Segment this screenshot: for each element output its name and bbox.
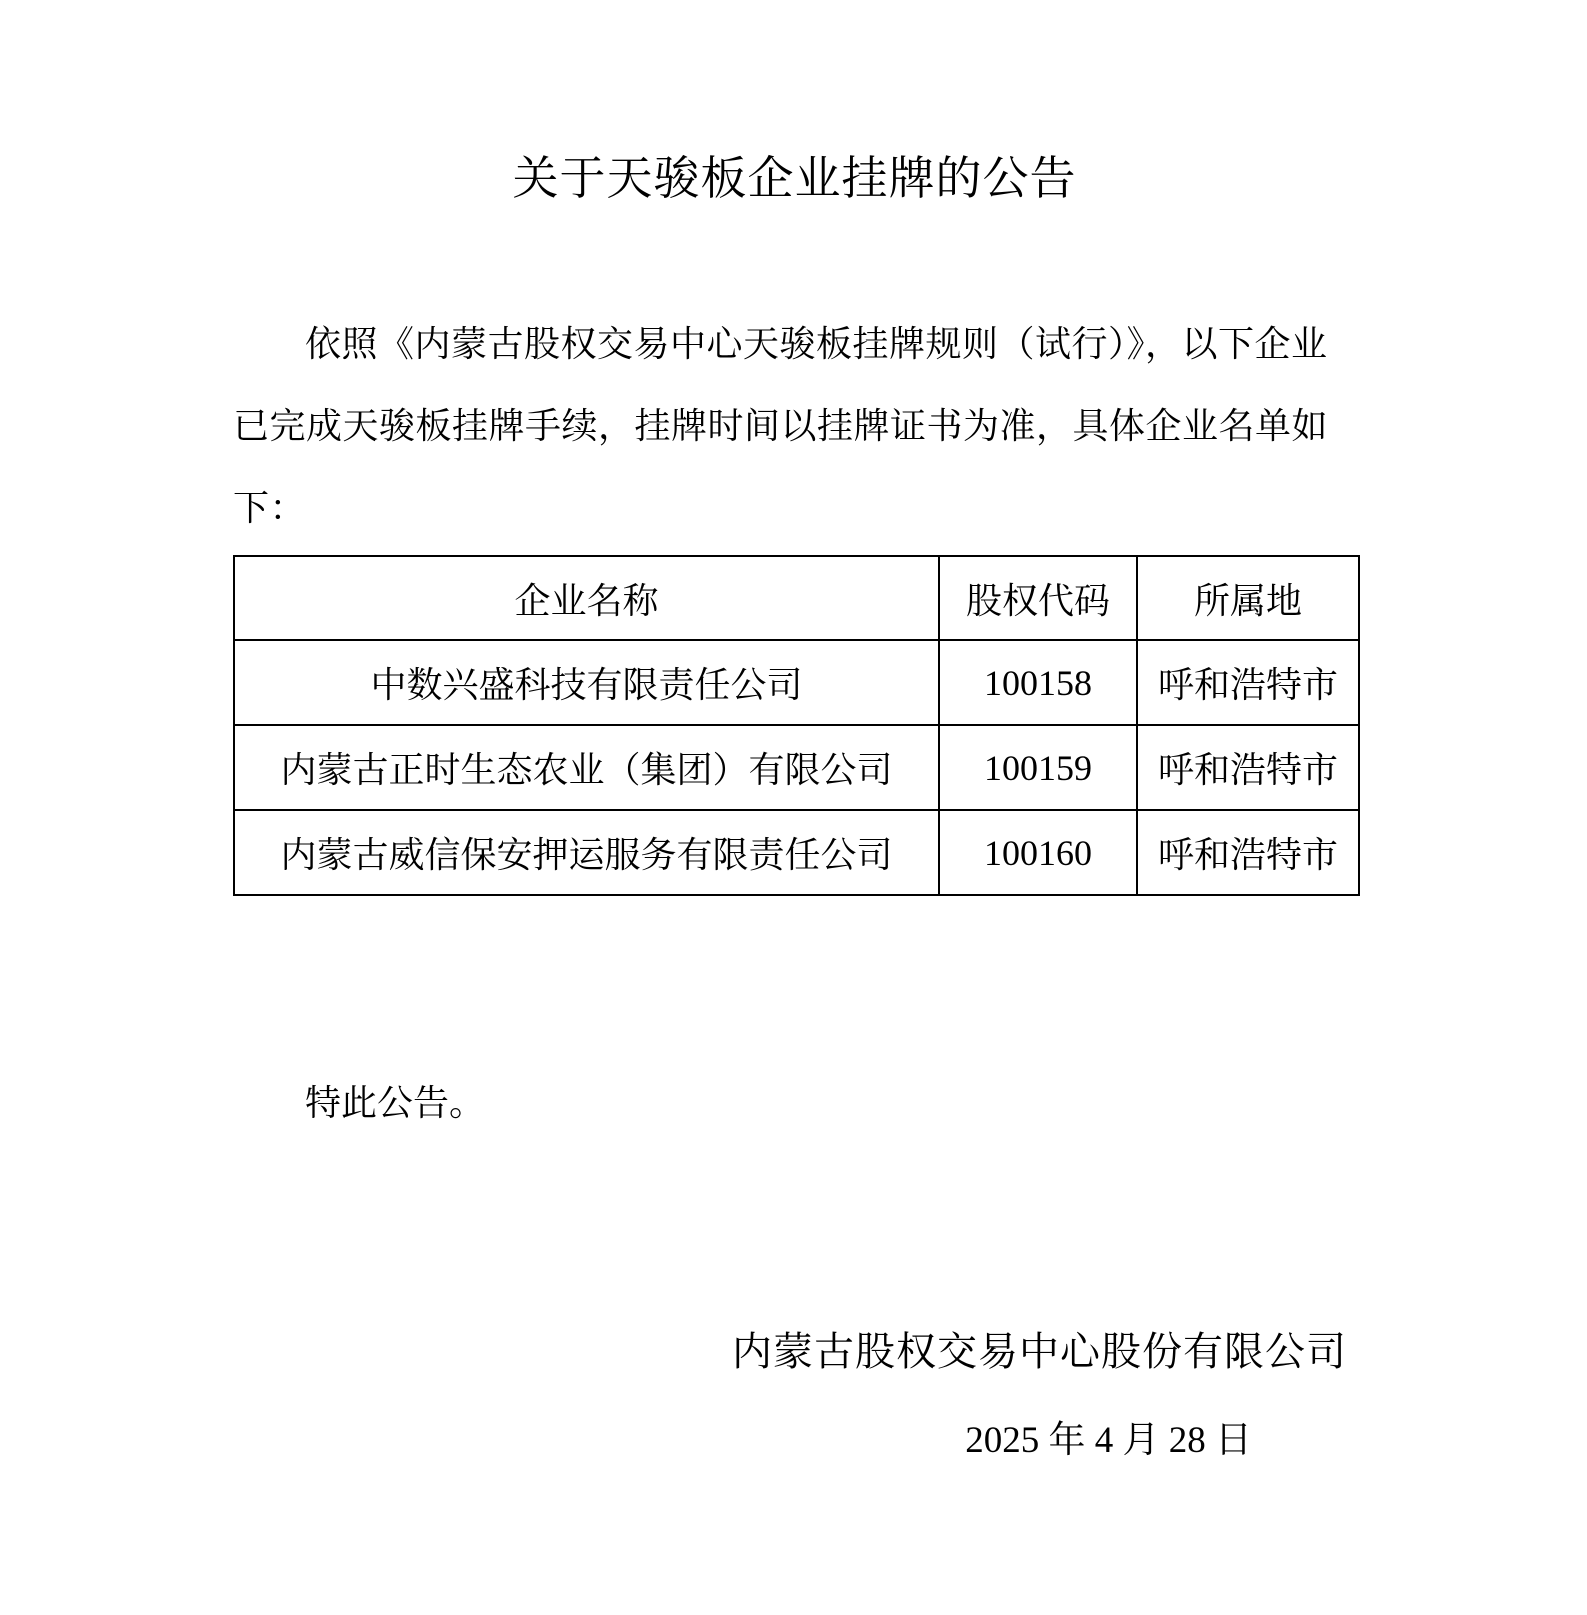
cell-equity-code: 100158 — [939, 640, 1137, 725]
table-row: 内蒙古威信保安押运服务有限责任公司 100160 呼和浩特市 — [234, 810, 1359, 895]
body-paragraph: 依照《内蒙古股权交易中心天骏板挂牌规则（试行）》，以下企业 已完成天骏板挂牌手续… — [233, 303, 1373, 549]
document-page: 关于天骏板企业挂牌的公告 依照《内蒙古股权交易中心天骏板挂牌规则（试行）》，以下… — [0, 0, 1587, 1615]
closing-statement: 特此公告。 — [233, 1080, 485, 1126]
table-header-row: 企业名称 股权代码 所属地 — [234, 556, 1359, 640]
paragraph-line-3: 下： — [233, 467, 1373, 549]
cell-equity-code: 100160 — [939, 810, 1137, 895]
document-title: 关于天骏板企业挂牌的公告 — [233, 150, 1356, 208]
header-company-name: 企业名称 — [234, 556, 939, 640]
cell-location: 呼和浩特市 — [1137, 640, 1359, 725]
header-equity-code: 股权代码 — [939, 556, 1137, 640]
table-row: 中数兴盛科技有限责任公司 100158 呼和浩特市 — [234, 640, 1359, 725]
header-location: 所属地 — [1137, 556, 1359, 640]
cell-company-name: 内蒙古威信保安押运服务有限责任公司 — [234, 810, 939, 895]
cell-equity-code: 100159 — [939, 725, 1137, 810]
cell-company-name: 内蒙古正时生态农业（集团）有限公司 — [234, 725, 939, 810]
company-listing-table: 企业名称 股权代码 所属地 中数兴盛科技有限责任公司 100158 呼和浩特市 … — [233, 555, 1360, 896]
cell-company-name: 中数兴盛科技有限责任公司 — [234, 640, 939, 725]
paragraph-line-1: 依照《内蒙古股权交易中心天骏板挂牌规则（试行）》，以下企业 — [233, 303, 1373, 385]
table-row: 内蒙古正时生态农业（集团）有限公司 100159 呼和浩特市 — [234, 725, 1359, 810]
paragraph-line-2: 已完成天骏板挂牌手续，挂牌时间以挂牌证书为准，具体企业名单如 — [233, 385, 1373, 467]
document-date: 2025 年 4 月 28 日 — [965, 1418, 1252, 1464]
cell-location: 呼和浩特市 — [1137, 725, 1359, 810]
cell-location: 呼和浩特市 — [1137, 810, 1359, 895]
issuer-signature: 内蒙古股权交易中心股份有限公司 — [732, 1328, 1347, 1376]
